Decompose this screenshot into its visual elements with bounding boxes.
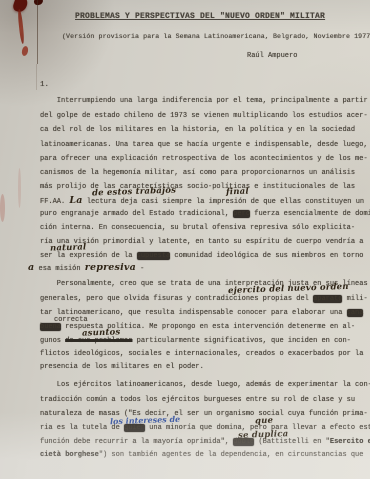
fold-crease: [37, 0, 38, 64]
typed-text: más prolijo de las características socio…: [40, 183, 355, 191]
red-edge-smudge: [0, 194, 5, 222]
typed-text: Los ejércitos latinoamericanos, desde lu…: [40, 381, 370, 389]
typed-line: Interrumpiendo una larga indiferencia po…: [40, 97, 368, 106]
typed-text: comunidad ideológica de sus miembros en …: [170, 252, 363, 260]
typed-line: para ofrecer una explicación retrospecti…: [40, 155, 368, 164]
red-ink-dot: [21, 45, 29, 56]
typed-text: lectura deja casi siempre la impresión d…: [83, 198, 364, 206]
typed-line: ría una visión primordial y latente, en …: [40, 238, 363, 247]
typed-line: puro engranaje armado del Estado tradici…: [40, 210, 370, 219]
typed-text: ca del rol de los militares en la histor…: [40, 126, 355, 134]
typed-text: latinoamericanas. Una tarea que se hacía…: [40, 141, 368, 149]
typed-text: tradicción común a todos los ejércitos b…: [40, 396, 355, 404]
typed-text: mili-: [342, 295, 367, 303]
red-edge-smudge: [18, 168, 21, 208]
typed-text: presencia de los militares en el poder.: [40, 363, 204, 371]
handwritten-note: final: [226, 187, 249, 198]
section-number: 1.: [40, 81, 49, 89]
blotted-out-word: pero: [233, 210, 250, 218]
typed-line: ser la expresión de la supuesta comunida…: [40, 252, 363, 261]
typed-line: ción interna. En consecuencia, su brutal…: [40, 224, 355, 233]
typed-line: FF.AA. La lectura deja casi siempre la i…: [40, 196, 364, 207]
typed-text: del golpe de estado chileno de 1973 se v…: [40, 112, 368, 120]
typed-line: canismos de la hegemonía militar, así co…: [40, 169, 355, 178]
typed-text: Esercito e so-: [330, 438, 370, 446]
typed-text: ción interna. En consecuencia, su brutal…: [40, 224, 355, 232]
typed-text: canismos de la hegemonía militar, así co…: [40, 169, 355, 177]
typed-line: ria es la tutela de quien una minoría qu…: [40, 424, 370, 433]
dark-ink-stain: [33, 0, 43, 6]
typed-line: Los ejércitos latinoamericanos, desde lu…: [40, 381, 370, 390]
typed-text: puro engranaje armado del Estado tradici…: [40, 210, 233, 218]
fold-crease: [36, 64, 37, 90]
typed-line: presencia de los militares en el poder.: [40, 363, 204, 372]
blotted-out-word: aparato: [313, 295, 342, 303]
typed-insertion: correcta: [54, 316, 88, 324]
document-subtitle: (Versión provisoria para la Semana Latin…: [62, 33, 370, 40]
typed-text: Interrumpiendo una larga indiferencia po…: [40, 97, 368, 105]
typed-text: ría una visión primordial y latente, en …: [40, 238, 363, 246]
handwritten-note: se duplica: [238, 429, 289, 441]
typed-text: esa misión: [34, 265, 84, 273]
handwritten-note: los intereses de: [110, 413, 180, 425]
typed-line: más prolijo de las características socio…: [40, 183, 355, 192]
typed-line: del golpe de estado chileno de 1973 se v…: [40, 112, 368, 121]
typed-line: naturaleza de masas ("Es decir, el ser u…: [40, 410, 368, 419]
typed-line: flictos ideológicos, sociales e internac…: [40, 350, 363, 359]
typed-line: función debe recurrir a la mayoría oprim…: [40, 438, 370, 447]
handwritten-word: represiva: [85, 262, 136, 273]
typed-line: tradicción común a todos los ejércitos b…: [40, 396, 355, 405]
typed-text: naturaleza de masas ("Es decir, el ser u…: [40, 410, 368, 418]
typed-text: función debe recurrir a la mayoría oprim…: [40, 438, 233, 446]
typed-line: cietà borghese") son también agentes de …: [40, 451, 363, 460]
red-ink-streak: [17, 9, 25, 44]
blotted-out-word: buena: [40, 323, 61, 331]
typed-text: para ofrecer una explicación retrospecti…: [40, 155, 368, 163]
handwritten-note: natural: [50, 242, 87, 253]
scanned-document-page: PROBLEMAS Y PERSPECTIVAS DEL "NUEVO ORDE…: [0, 0, 370, 479]
typed-line: latinoamericanas. Una tarea que se hacía…: [40, 141, 368, 150]
typed-text: particularmente significativos, que inci…: [132, 337, 350, 345]
typed-text: cietà borghese: [40, 451, 99, 459]
page-title: PROBLEMAS Y PERSPECTIVAS DEL "NUEVO ORDE…: [75, 12, 325, 21]
typed-text: gunos: [40, 337, 65, 345]
blotted-out-word: supuesta: [137, 252, 171, 260]
typed-text: flictos ideológicos, sociales e internac…: [40, 350, 363, 358]
typed-line: tar latinoamericano, que resulta indispe…: [40, 309, 363, 318]
handwritten-note: que: [255, 415, 273, 426]
typed-text: FF.AA.: [40, 198, 69, 206]
typed-text: generales, pero que olvida fisuras y con…: [40, 295, 313, 303]
handwritten-note: asuntos: [82, 327, 121, 338]
typed-text: ") son también agentes de la dependencia…: [99, 451, 364, 459]
typed-line: ca del rol de los militares en la histor…: [40, 126, 355, 135]
author-name: Raúl Ampuero: [247, 52, 297, 60]
typed-text: -: [136, 265, 144, 273]
typed-text: fuerza esencialmente de domina-: [250, 210, 370, 218]
handwritten-word: La: [69, 195, 82, 206]
typed-line: a esa misión represiva -: [28, 263, 144, 274]
typed-line: generales, pero que olvida fisuras y con…: [40, 295, 368, 304]
blotted-out-word: sana: [347, 309, 364, 317]
